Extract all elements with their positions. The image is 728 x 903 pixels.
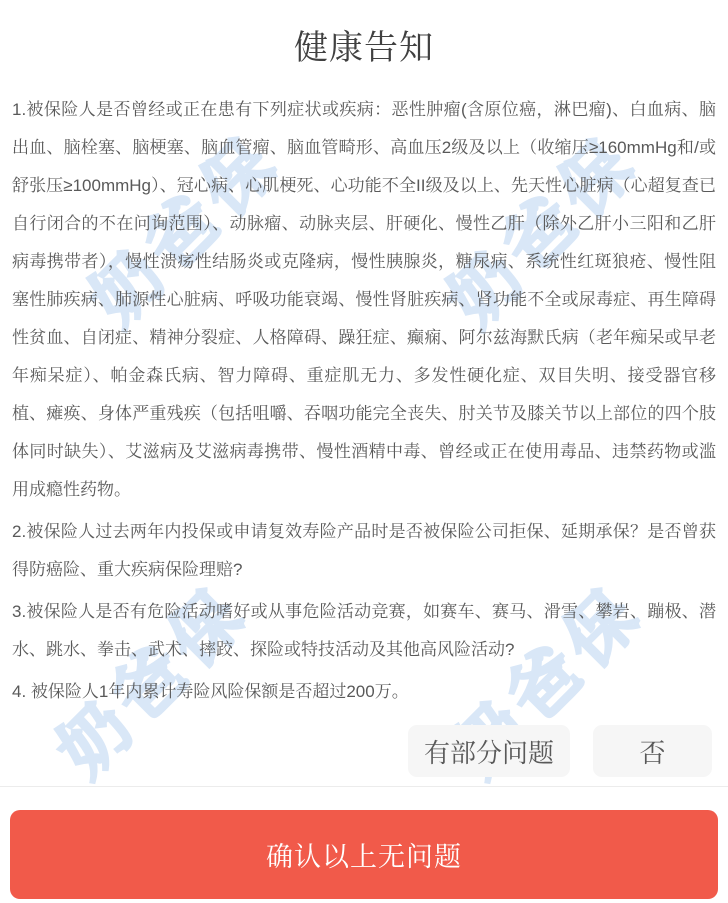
question-item-1: 1.被保险人是否曾经或正在患有下列症状或疾病：恶性肿瘤(含原位癌，淋巴瘤)、白血… [12,91,716,509]
health-notice-page: 健康告知 1.被保险人是否曾经或正在患有下列症状或疾病：恶性肿瘤(含原位癌，淋巴… [0,0,728,903]
answer-bar: 有部分问题 否 [408,725,712,777]
partial-problem-button[interactable]: 有部分问题 [408,725,570,777]
health-questions: 1.被保险人是否曾经或正在患有下列症状或疾病：恶性肿瘤(含原位癌，淋巴瘤)、白血… [12,91,716,715]
confirm-no-problem-button[interactable]: 确认以上无问题 [10,810,718,899]
no-button[interactable]: 否 [593,725,712,777]
question-item-3: 3.被保险人是否有危险活动嗜好或从事危险活动竞赛，如赛车、赛马、滑雪、攀岩、蹦极… [12,593,716,669]
footer-divider [0,786,728,787]
question-item-2: 2.被保险人过去两年内投保或申请复效寿险产品时是否被保险公司拒保、延期承保？是否… [12,513,716,589]
question-item-4: 4. 被保险人1年内累计寿险风险保额是否超过200万。 [12,673,716,711]
page-title: 健康告知 [0,20,728,69]
